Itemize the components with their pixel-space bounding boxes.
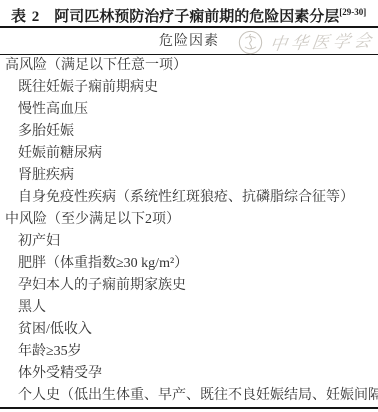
column-header-risk-factors: 危险因素 — [159, 28, 219, 55]
table-figure: 表 2阿司匹林预防治疗子痫前期的危险因素分层[29-30] 危险因素 中华医学会… — [0, 0, 378, 409]
table-row: 既往妊娠子痫前期病史 — [0, 77, 378, 99]
risk-factor-table: 危险因素 中华医学会 高风险（满足以下任意一项）既往妊娠子痫前期病史慢性高血压多… — [0, 26, 378, 409]
table-row: 肥胖（体重指数≥30 kg/m²） — [0, 253, 378, 275]
table-row: 多胎妊娠 — [0, 121, 378, 143]
table-row: 妊娠前糖尿病 — [0, 143, 378, 165]
table-row: 个人史（低出生体重、早产、既往不良妊娠结局、妊娠间隔>10年） — [0, 385, 378, 407]
table-row: 高风险（满足以下任意一项） — [0, 55, 378, 77]
table-caption: 表 2阿司匹林预防治疗子痫前期的危险因素分层[29-30] — [0, 0, 378, 26]
table-row: 体外受精受孕 — [0, 363, 378, 385]
table-body: 高风险（满足以下任意一项）既往妊娠子痫前期病史慢性高血压多胎妊娠妊娠前糖尿病肾脏… — [0, 55, 378, 407]
table-row: 自身免疫性疾病（系统性红斑狼疮、抗磷脂综合征等） — [0, 187, 378, 209]
cma-watermark: 中华医学会 — [238, 29, 375, 55]
table-number: 表 2 — [11, 9, 40, 25]
table-row: 肾脏疾病 — [0, 165, 378, 187]
reference-superscript: [29-30] — [339, 7, 366, 17]
table-row: 孕妇本人的子痫前期家族史 — [0, 275, 378, 297]
watermark-script-text: 中华医学会 — [268, 27, 377, 58]
table-title: 阿司匹林预防治疗子痫前期的危险因素分层 — [54, 9, 339, 25]
table-header-row: 危险因素 中华医学会 — [0, 28, 378, 55]
table-row: 初产妇 — [0, 231, 378, 253]
table-row: 中风险（至少满足以下2项） — [0, 209, 378, 231]
cma-seal-icon — [238, 30, 263, 55]
table-row: 贫困/低收入 — [0, 319, 378, 341]
table-row: 年龄≥35岁 — [0, 341, 378, 363]
table-row: 黑人 — [0, 297, 378, 319]
table-row: 慢性高血压 — [0, 99, 378, 121]
